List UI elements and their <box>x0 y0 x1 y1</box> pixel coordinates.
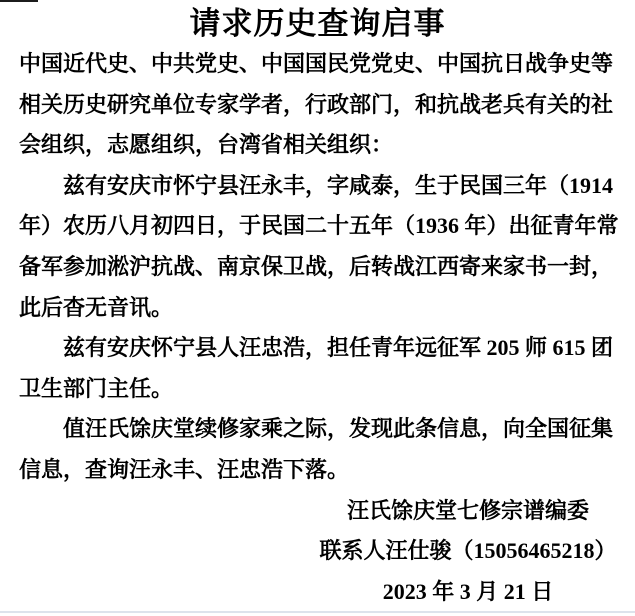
signature-date: 2023 年 3 月 21 日 <box>319 572 617 613</box>
document-title: 请求历史查询启事 <box>0 4 635 44</box>
body-line: 备军参加淞沪抗战、南京保卫战，后转战江西寄来家书一封， <box>19 247 617 288</box>
signature-contact: 联系人汪仕骏（15056465218） <box>319 531 617 572</box>
body-line: 兹有安庆怀宁县人汪忠浩，担任青年远征军 205 师 615 团 <box>19 328 617 369</box>
body-line: 值汪氏馀庆堂续修家乘之际，发现此条信息，向全国征集 <box>19 409 617 450</box>
document-body: 中国近代史、中共党史、中国国民党党史、中国抗日战争史等 相关历史研究单位专家学者… <box>0 44 635 612</box>
body-line: 卫生部门主任。 <box>19 369 617 410</box>
paragraph-wang-zhonghao: 兹有安庆怀宁县人汪忠浩，担任青年远征军 205 师 615 团 卫生部门主任。 <box>19 328 617 409</box>
body-line: 相关历史研究单位专家学者，行政部门，和抗战老兵有关的社 <box>19 85 617 126</box>
notice-document: 请求历史查询启事 中国近代史、中共党史、中国国民党党史、中国抗日战争史等 相关历… <box>0 0 635 616</box>
signature-organization: 汪氏馀庆堂七修宗谱编委 <box>319 491 617 532</box>
body-line: 此后杳无音讯。 <box>19 288 617 329</box>
body-line: 中国近代史、中共党史、中国国民党党史、中国抗日战争史等 <box>19 44 617 85</box>
paragraph-wang-yongfeng: 兹有安庆市怀宁县汪永丰，字咸泰，生于民国三年（1914 年）农历八月初四日，于民… <box>19 166 617 328</box>
paragraph-salutation: 中国近代史、中共党史、中国国民党党史、中国抗日战争史等 相关历史研究单位专家学者… <box>19 44 617 166</box>
body-line: 年）农历八月初四日，于民国二十五年（1936 年）出征青年常 <box>19 206 617 247</box>
paragraph-appeal: 值汪氏馀庆堂续修家乘之际，发现此条信息，向全国征集 信息，查询汪永丰、汪忠浩下落… <box>19 409 617 490</box>
bottom-divider <box>0 611 635 613</box>
body-line: 会组织，志愿组织，台湾省相关组织： <box>19 125 617 166</box>
screen-edge-artifact <box>0 0 38 2</box>
body-line: 信息，查询汪永丰、汪忠浩下落。 <box>19 450 617 491</box>
signature-block: 汪氏馀庆堂七修宗谱编委 联系人汪仕骏（15056465218） 2023 年 3… <box>319 491 617 613</box>
body-line: 兹有安庆市怀宁县汪永丰，字咸泰，生于民国三年（1914 <box>19 166 617 207</box>
